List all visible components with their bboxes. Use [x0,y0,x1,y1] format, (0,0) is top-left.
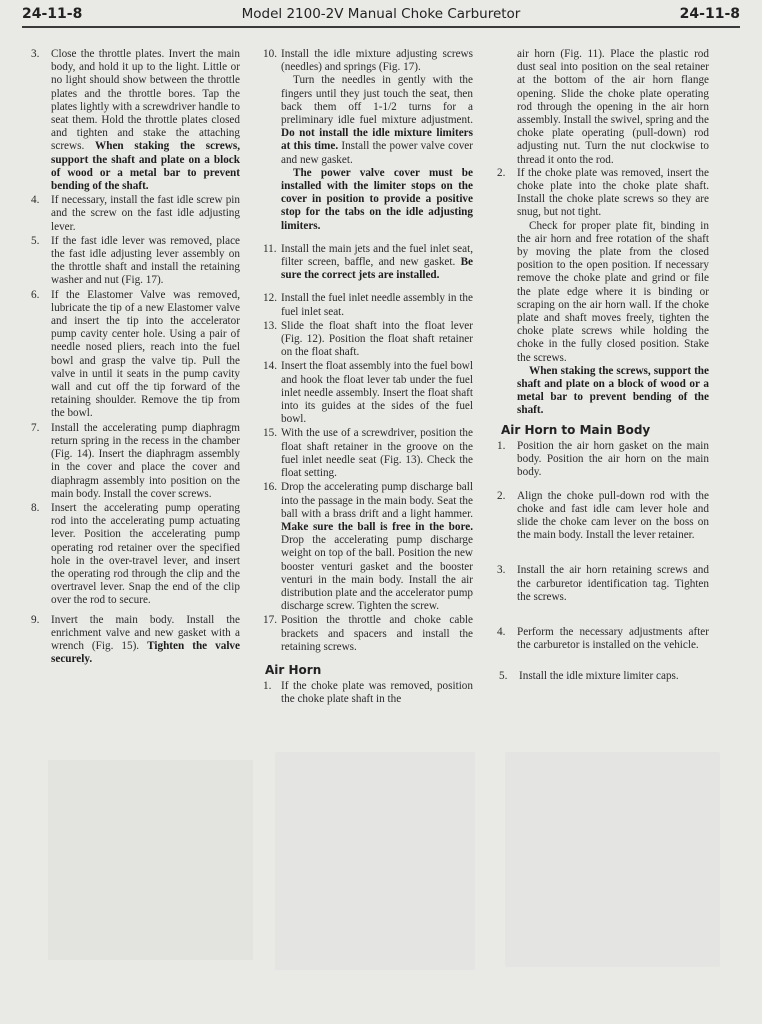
step-16: 16. Drop the accelerating pump discharge… [263,481,473,613]
step-15: 15. With the use of a screwdriver, posit… [263,427,473,480]
step-14: 14. Insert the float assembly into the f… [263,360,473,426]
step-5: 5. If the fast idle lever was removed, p… [31,235,240,288]
step-9: 9. Invert the main body. Install the enr… [31,614,240,667]
air-horn-step-1: 1. If the choke plate was removed, posit… [263,680,473,706]
bleed-through-figure [48,760,253,960]
column-right: air horn (Fig. 11). Place the plastic ro… [497,48,709,685]
air-horn-step-1-continued: air horn (Fig. 11). Place the plastic ro… [497,48,709,167]
step-8: 8. Insert the accelerating pump operatin… [31,502,240,608]
main-body-step-4: 4. Perform the necessary adjustments aft… [497,626,709,652]
column-left: 3. Close the throttle plates. Invert the… [31,48,240,667]
step-7: 7. Install the accelerating pump diaphra… [31,422,240,501]
step-13: 13. Slide the float shaft into the float… [263,320,473,360]
step-6: 6. If the Elastomer Valve was removed, l… [31,289,240,421]
main-body-step-5: 5. Install the idle mixture limiter caps… [497,670,709,683]
page-header: 24-11-8 Model 2100-2V Manual Choke Carbu… [22,4,740,28]
main-body-step-3: 3. Install the air horn retaining screws… [497,564,709,604]
page-number-right: 24-11-8 [680,6,740,22]
step-3: 3. Close the throttle plates. Invert the… [31,48,240,193]
step-10: 10. Install the idle mixture adjusting s… [263,48,473,233]
step-4: 4. If necessary, install the fast idle s… [31,194,240,234]
column-middle: 10. Install the idle mixture adjusting s… [263,48,473,708]
main-body-step-1: 1. Position the air horn gasket on the m… [497,440,709,480]
step-12: 12. Install the fuel inlet needle assemb… [263,292,473,318]
section-heading-air-horn-to-main-body: Air Horn to Main Body [501,424,709,437]
step-17: 17. Position the throttle and choke cabl… [263,614,473,654]
air-horn-step-2: 2. If the choke plate was removed, inser… [497,167,709,418]
main-body-step-2: 2. Align the choke pull-down rod with th… [497,490,709,543]
section-heading-air-horn: Air Horn [265,664,473,677]
bleed-through-text [505,752,720,967]
bleed-through-text [275,752,475,970]
step-11: 11. Install the main jets and the fuel i… [263,243,473,283]
page-title: Model 2100-2V Manual Choke Carburetor [22,6,740,22]
